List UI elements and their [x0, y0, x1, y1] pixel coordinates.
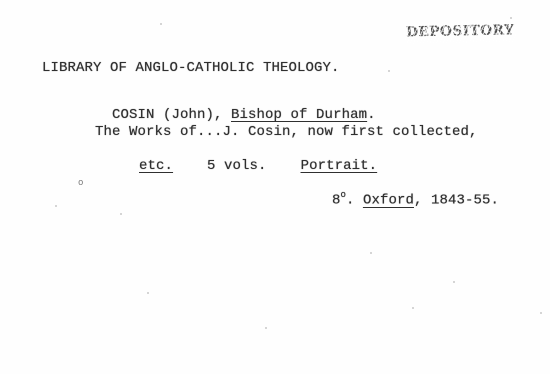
library-catalog-card: DEPOSITORY LIBRARY OF ANGLO-CATHOLIC THE… [0, 0, 550, 374]
format-number: 8 [332, 193, 341, 209]
scan-speck [265, 327, 267, 329]
collection-title: LIBRARY OF ANGLO-CATHOLIC THEOLOGY. [42, 60, 340, 77]
place-underlined: Oxford [363, 193, 414, 209]
scan-speck [160, 23, 162, 25]
imprint-line: 8o. Oxford, 1843-55. [298, 171, 499, 227]
etc-underlined: etc. [139, 158, 173, 174]
format-superscript: o [341, 190, 346, 200]
gap-2 [267, 158, 301, 174]
author-name: COSIN (John), [112, 107, 231, 123]
volumes-count: 5 vols. [207, 158, 267, 174]
date-range: , 1843-55. [414, 193, 499, 209]
work-title-line-1: The Works of...J. Cosin, now first colle… [95, 124, 478, 141]
scan-speck [55, 205, 57, 207]
scan-speck [412, 307, 414, 309]
scan-speck [388, 70, 390, 72]
scan-speck [120, 213, 122, 215]
scan-speck [540, 312, 542, 314]
scan-speck [370, 252, 372, 254]
depository-stamp: DEPOSITORY [406, 22, 514, 42]
author-title-underlined: Bishop of Durham [231, 107, 367, 123]
gap-1 [173, 158, 207, 174]
author-heading-period: . [367, 107, 376, 123]
stray-ink-mark: o [78, 178, 83, 188]
scan-speck [453, 281, 455, 283]
scan-speck [510, 17, 512, 19]
scan-speck [147, 292, 149, 294]
depository-stamp-text: DEPOSITORY [406, 22, 515, 40]
format-separator: . [346, 193, 363, 209]
